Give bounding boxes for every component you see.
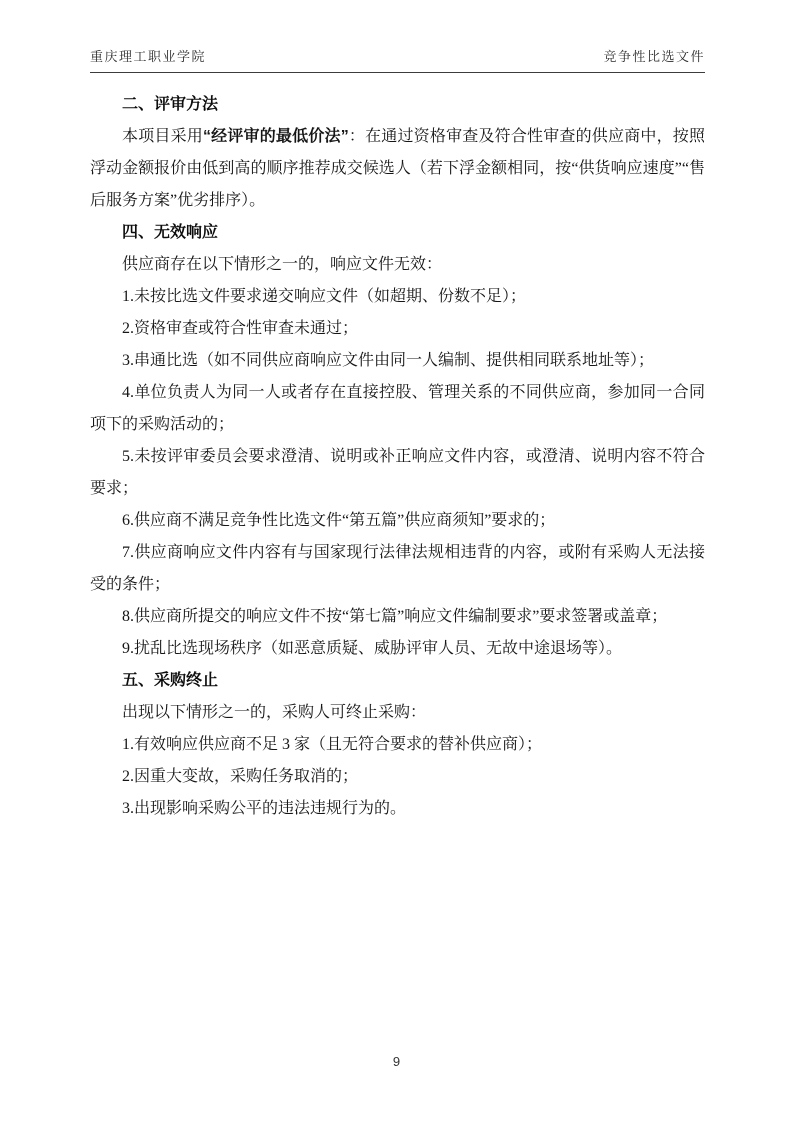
section-heading-review-method: 二、评审方法: [90, 89, 705, 121]
list-item-invalid-4: 4.单位负责人为同一人或者存在直接控股、管理关系的不同供应商，参加同一合同项下的…: [90, 377, 705, 441]
section-heading-termination: 五、采购终止: [90, 665, 705, 697]
paragraph-text: 本项目采用: [122, 128, 203, 145]
list-item-invalid-2: 2.资格审查或符合性审查未通过；: [90, 313, 705, 345]
page-footer: 9: [0, 1054, 793, 1069]
list-item-termination-3: 3.出现影响采购公平的违法违规行为的。: [90, 793, 705, 825]
header-left-title: 重庆理工职业学院: [90, 46, 206, 65]
section-heading-invalid-response: 四、无效响应: [90, 217, 705, 249]
header-right-title: 竞争性比选文件: [603, 46, 705, 65]
list-item-invalid-5: 5.未按评审委员会要求澄清、说明或补正响应文件内容，或澄清、说明内容不符合要求；: [90, 441, 705, 505]
document-page: 重庆理工职业学院 竞争性比选文件 二、评审方法 本项目采用“经评审的最低价法”：…: [0, 0, 793, 1122]
paragraph-review-method: 本项目采用“经评审的最低价法”：在通过资格审查及符合性审查的供应商中，按照浮动金…: [90, 121, 705, 217]
paragraph-bold-text: “经评审的最低价法”: [203, 128, 349, 145]
list-item-invalid-3: 3.串通比选（如不同供应商响应文件由同一人编制、提供相同联系地址等）；: [90, 345, 705, 377]
page-header: 重庆理工职业学院 竞争性比选文件: [90, 46, 705, 73]
list-item-invalid-6: 6.供应商不满足竞争性比选文件“第五篇”供应商须知”要求的；: [90, 505, 705, 537]
list-item-invalid-7: 7.供应商响应文件内容有与国家现行法律法规相违背的内容，或附有采购人无法接受的条…: [90, 537, 705, 601]
paragraph-termination-intro: 出现以下情形之一的，采购人可终止采购：: [90, 697, 705, 729]
document-content: 二、评审方法 本项目采用“经评审的最低价法”：在通过资格审查及符合性审查的供应商…: [90, 89, 705, 825]
list-item-invalid-9: 9.扰乱比选现场秩序（如恶意质疑、威胁评审人员、无故中途退场等）。: [90, 633, 705, 665]
list-item-termination-2: 2.因重大变故，采购任务取消的；: [90, 761, 705, 793]
list-item-invalid-8: 8.供应商所提交的响应文件不按“第七篇”响应文件编制要求”要求签署或盖章；: [90, 601, 705, 633]
list-item-invalid-1: 1.未按比选文件要求递交响应文件（如超期、份数不足）；: [90, 281, 705, 313]
paragraph-invalid-intro: 供应商存在以下情形之一的，响应文件无效：: [90, 249, 705, 281]
page-number: 9: [393, 1054, 400, 1069]
list-item-termination-1: 1.有效响应供应商不足 3 家（且无符合要求的替补供应商）；: [90, 729, 705, 761]
